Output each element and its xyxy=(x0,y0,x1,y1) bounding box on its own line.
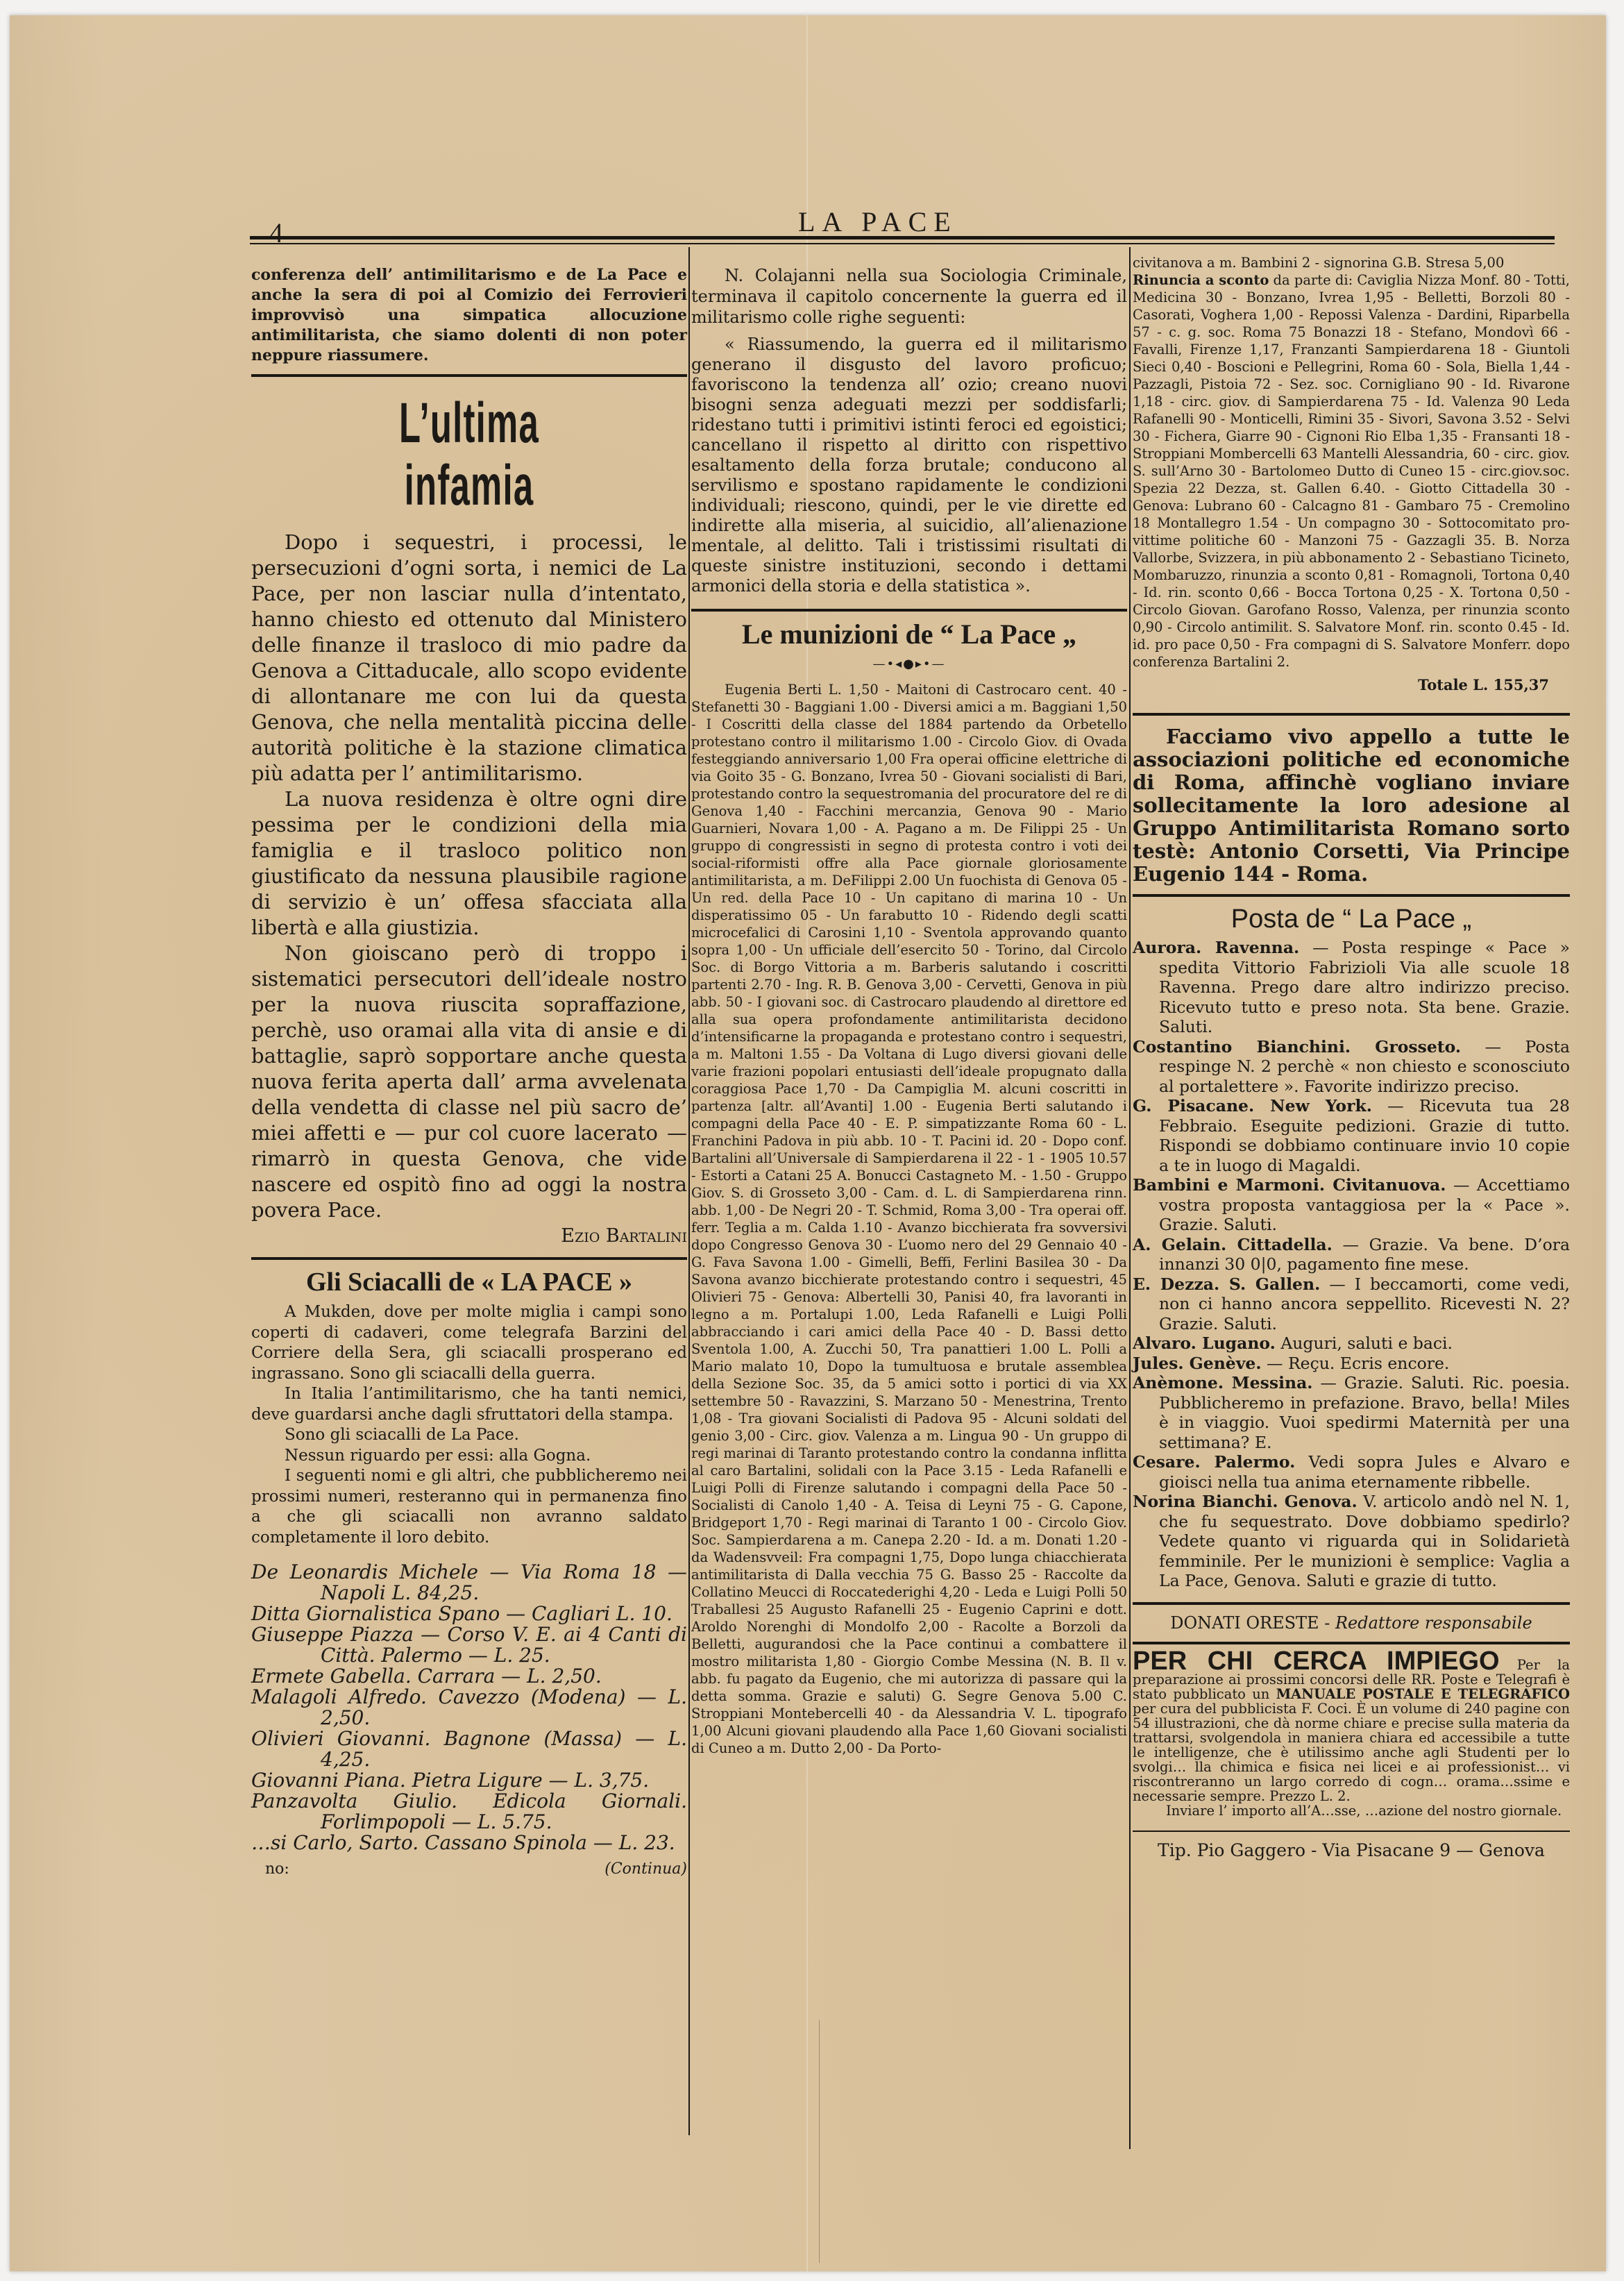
posta-entry: Bambini e Marmoni. Civitanuova. — Accett… xyxy=(1133,1175,1570,1235)
column-divider-2 xyxy=(1129,247,1131,2149)
posta-text: — Reçu. Ecris encore. xyxy=(1262,1354,1450,1373)
printer-line: Tip. Pio Gaggero - Via Pisacane 9 — Geno… xyxy=(1133,1840,1570,1860)
posta-entry: Aurora. Ravenna. — Posta respinge « Pace… xyxy=(1133,938,1570,1037)
section-rule xyxy=(691,609,1127,612)
article-paragraph: A Mukden, dove per molte miglia i campi … xyxy=(251,1302,687,1384)
list-item: Olivieri Giovanni. Bagnone (Massa) — L. … xyxy=(251,1728,687,1770)
munizioni-list: Eugenia Berti L. 1,50 - Maitoni di Castr… xyxy=(691,681,1127,1757)
posta-recipient: A. Gelain. Cittadella. xyxy=(1133,1235,1333,1254)
article-sciacalli: A Mukden, dove per molte miglia i campi … xyxy=(251,1302,687,1548)
article-paragraph: Non gioiscano però di troppo i sistemati… xyxy=(251,941,687,1223)
column-3: civitanova a m. Bambini 2 - signorina G.… xyxy=(1133,254,1570,1860)
section-rule xyxy=(1133,1602,1570,1605)
posta-recipient: Jules. Genève. xyxy=(1133,1354,1262,1373)
header-rule xyxy=(250,236,1555,239)
list-item: Panzavolta Giulio. Edicola Giornali. For… xyxy=(251,1791,687,1833)
posta-entry: Jules. Genève. — Reçu. Ecris encore. xyxy=(1133,1354,1570,1374)
posta-list: Aurora. Ravenna. — Posta respinge « Pace… xyxy=(1133,938,1570,1591)
advertisement: PER CHI CERCA IMPIEGO Per la preparazion… xyxy=(1133,1654,1570,1818)
posta-text: Auguri, saluti e baci. xyxy=(1276,1333,1453,1353)
posta-recipient: Norina Bianchi. Genova. xyxy=(1133,1492,1357,1511)
editor-role: Redattore responsabile xyxy=(1335,1613,1532,1633)
list-item: Giovanni Piana. Pietra Ligure — L. 3,75. xyxy=(251,1770,687,1791)
ornament-divider: —•◂●▸•— xyxy=(691,654,1127,674)
posta-recipient: G. Pisacane. New York. xyxy=(1133,1096,1372,1116)
posta-recipient: Anèmone. Messina. xyxy=(1133,1373,1313,1392)
posta-recipient: E. Dezza. S. Gallen. xyxy=(1133,1274,1320,1294)
lead-paragraph: conferenza dell’ antimilitarismo e de La… xyxy=(251,265,687,366)
ad-send: Inviare l’ importo all’A…sse, …azione de… xyxy=(1133,1803,1570,1818)
colajanni-intro: N. Colajanni nella sua Sociologia Crimin… xyxy=(691,265,1127,328)
stray-mark: no: xyxy=(251,1859,289,1879)
masthead: LA PACE xyxy=(798,205,958,238)
list-item: Malagoli Alfredo. Cavezzo (Modena) — L. … xyxy=(251,1687,687,1728)
section-rule xyxy=(1133,1642,1570,1644)
article-paragraph: Sono gli sciacalli de La Pace. xyxy=(251,1425,687,1446)
article-title-ultima-infamia: L’ultima infamia xyxy=(334,392,604,517)
sciacalli-list: De Leonardis Michele — Via Roma 18 — Nap… xyxy=(251,1562,687,1853)
list-item: Ditta Giornalistica Spano — Cagliari L. … xyxy=(251,1604,687,1624)
article-signature: Ezio Bartalini xyxy=(251,1223,687,1249)
list-item: Giuseppe Piazza — Corso V. E. ai 4 Canti… xyxy=(251,1624,687,1666)
header-rule-thin xyxy=(250,243,1555,244)
munizioni-continued: civitanova a m. Bambini 2 - signorina G.… xyxy=(1133,254,1570,271)
editor-line: DONATI ORESTE - Redattore responsabile xyxy=(1133,1613,1570,1633)
column-divider-1 xyxy=(688,247,690,2135)
rinuncia-list: da parte di: Caviglia Nizza Monf. 80 - T… xyxy=(1133,272,1570,670)
colajanni-quote: « Riassumendo, la guerra ed il militaris… xyxy=(691,335,1127,596)
posta-recipient: Costantino Bianchini. Grosseto. xyxy=(1133,1037,1461,1057)
posta-recipient: Aurora. Ravenna. xyxy=(1133,938,1299,957)
rinuncia-label: Rinuncia a sconto xyxy=(1133,272,1269,288)
article-paragraph: La nuova residenza è oltre ogni dire pes… xyxy=(251,786,687,941)
munizioni-title: Le munizioni de “ La Pace „ xyxy=(691,624,1127,644)
list-item: De Leonardis Michele — Via Roma 18 — Nap… xyxy=(251,1562,687,1604)
section-rule xyxy=(251,374,687,377)
article-paragraph: I seguenti nomi e gli altri, che pubblic… xyxy=(251,1466,687,1548)
posta-entry: Costantino Bianchini. Grosseto. — Posta … xyxy=(1133,1037,1570,1097)
section-rule xyxy=(1133,894,1570,897)
section-rule xyxy=(251,1257,687,1260)
posta-title: Posta de “ La Pace „ xyxy=(1133,909,1570,929)
column-1: conferenza dell’ antimilitarismo e de La… xyxy=(251,265,687,1879)
paper-fold-crease xyxy=(819,2020,820,2263)
posta-recipient: Alvaro. Lugano. xyxy=(1133,1333,1276,1353)
ad-body: per cura del pubblicista F. Coci. È un v… xyxy=(1133,1701,1570,1804)
posta-entry: G. Pisacane. New York. — Ricevuta tua 28… xyxy=(1133,1096,1570,1175)
list-item: …si Carlo, Sarto. Cassano Spinola — L. 2… xyxy=(251,1833,687,1853)
editor-name: DONATI ORESTE xyxy=(1170,1613,1319,1633)
ad-manual-title: MANUALE POSTALE E TELEGRAFICO xyxy=(1276,1686,1570,1702)
continua-label: (Continua) xyxy=(604,1859,687,1879)
section-rule xyxy=(1133,1830,1570,1832)
posta-recipient: Bambini e Marmoni. Civitanuova. xyxy=(1133,1175,1446,1195)
article-paragraph: Dopo i sequestri, i processi, le persecu… xyxy=(251,530,687,786)
section-rule xyxy=(1133,713,1570,716)
posta-entry: Norina Bianchi. Genova. V. articolo andò… xyxy=(1133,1492,1570,1591)
appeal-notice: Facciamo vivo appello a tutte le associa… xyxy=(1133,725,1570,886)
column-2: N. Colajanni nella sua Sociologia Crimin… xyxy=(691,265,1127,1757)
posta-recipient: Cesare. Palermo. xyxy=(1133,1452,1295,1472)
posta-entry: A. Gelain. Cittadella. — Grazie. Va bene… xyxy=(1133,1235,1570,1274)
posta-entry: Alvaro. Lugano. Auguri, saluti e baci. xyxy=(1133,1333,1570,1354)
posta-entry: Anèmone. Messina. — Grazie. Saluti. Ric.… xyxy=(1133,1373,1570,1452)
totale: Totale L. 155,37 xyxy=(1133,675,1549,695)
article-title-sciacalli: Gli Sciacalli de « LA PACE » xyxy=(251,1272,687,1293)
posta-entry: E. Dezza. S. Gallen. — I beccamorti, com… xyxy=(1133,1274,1570,1334)
article-paragraph: In Italia l’antimilitarismo, che ha tant… xyxy=(251,1384,687,1425)
editor-separator: - xyxy=(1319,1613,1335,1633)
posta-entry: Cesare. Palermo. Vedi sopra Jules e Alva… xyxy=(1133,1452,1570,1492)
list-item: Ermete Gabella. Carrara — L. 2,50. xyxy=(251,1666,687,1687)
article-paragraph: Nessun riguardo per essi: alla Gogna. xyxy=(251,1446,687,1467)
article-ultima-infamia: Dopo i sequestri, i processi, le persecu… xyxy=(251,530,687,1249)
